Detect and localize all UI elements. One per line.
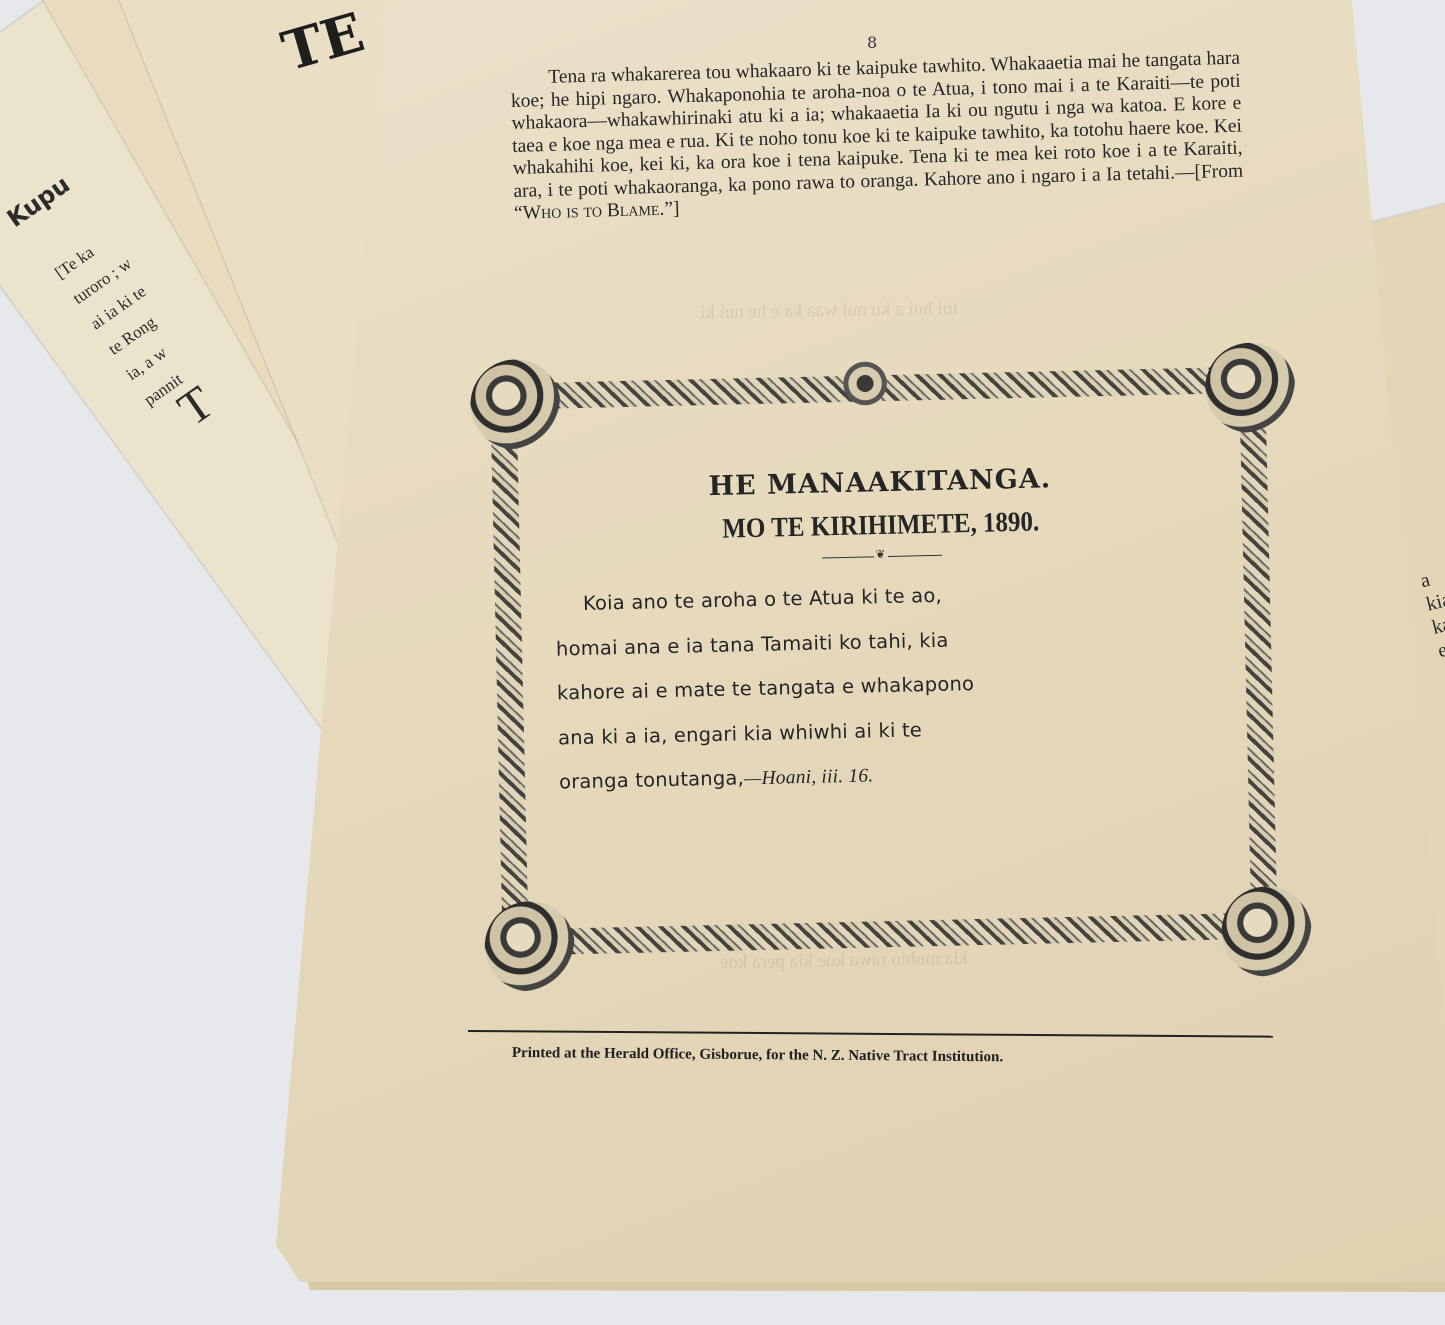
bleed-through-text: tui hui a ku nui waa ka e he nui ki [700,298,958,324]
page-number: 8 [867,33,877,52]
paragraph-text: Tena ra whakarerea tou whakaaro ki te ka… [511,48,1244,224]
source-title: Who is to Blame. [522,199,664,224]
scripture-verse: Koia ano te aroha o te Atua ki te ao, ho… [555,568,1215,806]
frame-subtitle: MO TE KIRIHIMETE, 1890. [553,503,1209,549]
verse-line: oranga tonutanga, [559,766,744,793]
ornamental-rule-icon [822,555,942,559]
verse-reference: —Hoani, iii. 16. [744,765,874,789]
ornamental-frame: HE MANAAKITANGA. MO TE KIRIHIMETE, 1890.… [490,366,1278,955]
source-close: ”] [664,198,680,219]
framed-content: HE MANAAKITANGA. MO TE KIRIHIMETE, 1890.… [552,460,1214,806]
bleed-through-text: kia mohio rawa koe kia pera koe [720,948,968,974]
upper-paragraph: Tena ra whakarerea tou whakaaro ki te ka… [510,48,1244,226]
